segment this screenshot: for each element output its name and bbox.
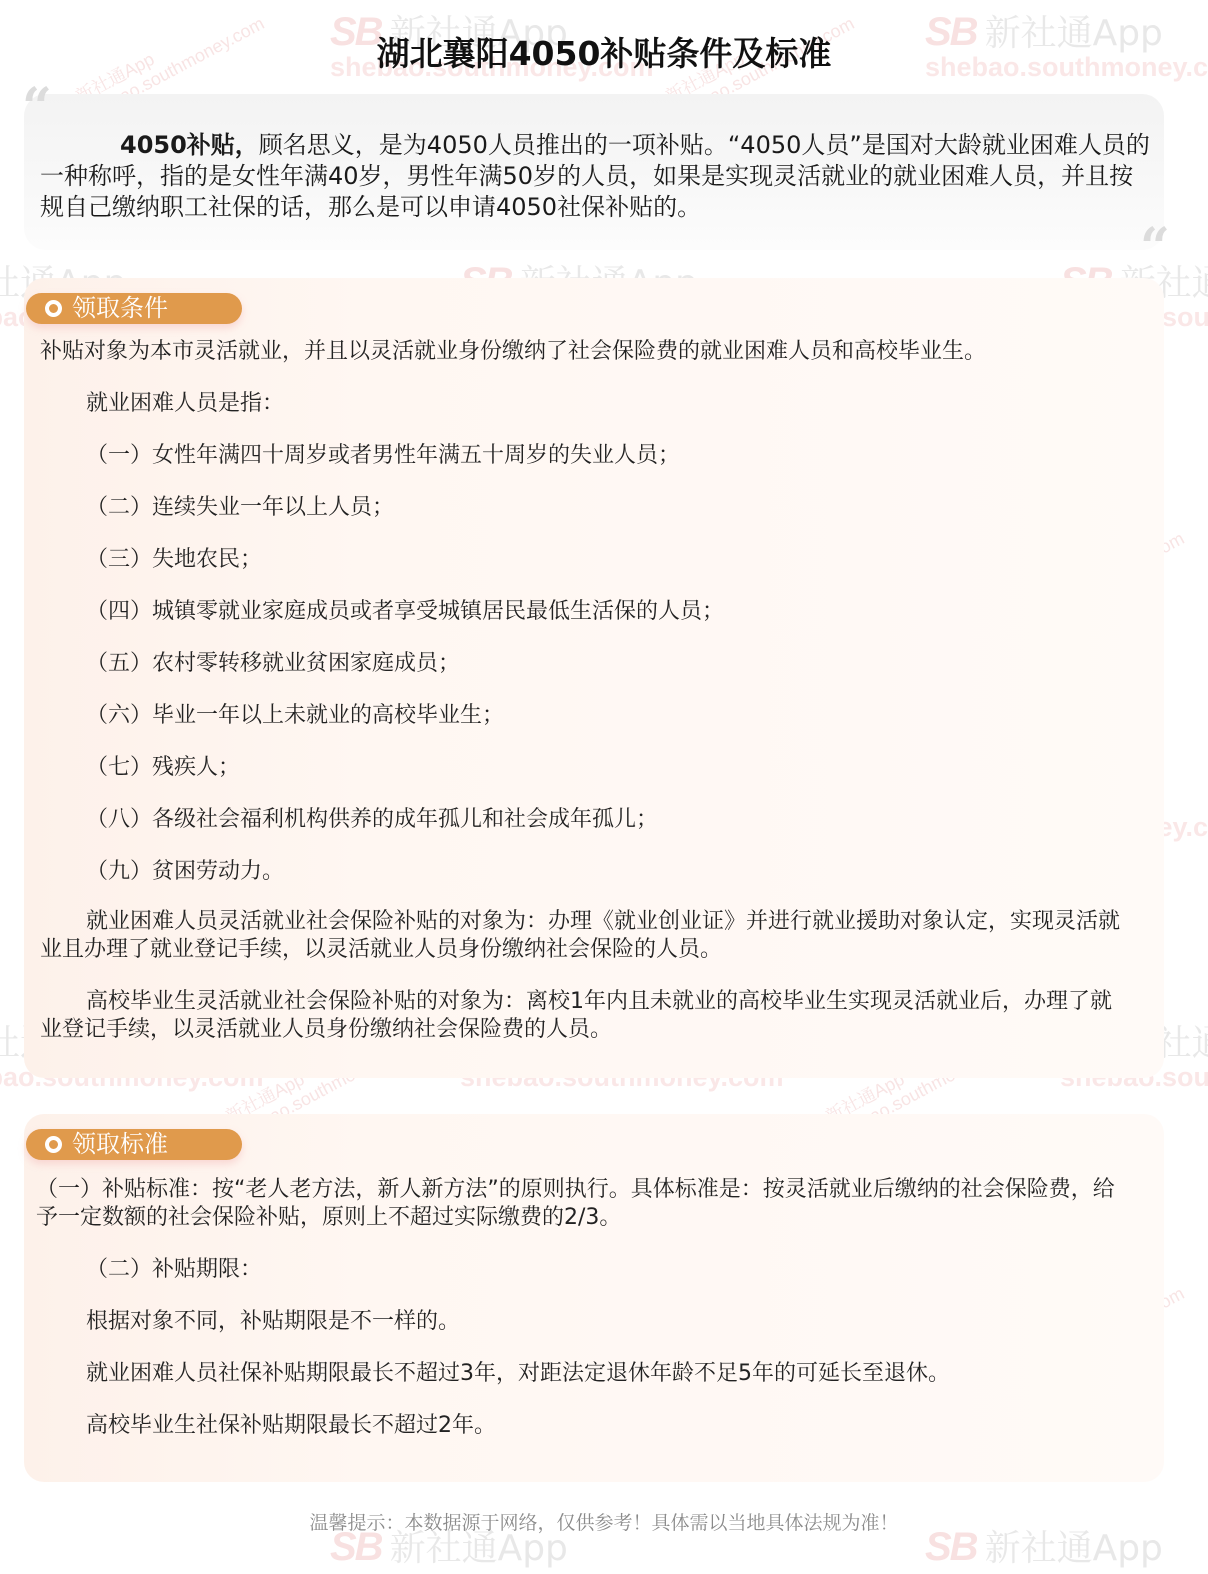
- quote-close-icon: “: [1140, 222, 1170, 274]
- list-item: （四）城镇零就业家庭成员或者享受城镇居民最低生活保的人员；: [86, 598, 724, 626]
- paragraph: 就业困难人员是指：: [86, 390, 284, 418]
- paragraph: 高校毕业生社保补贴期限最长不超过2年。: [86, 1412, 496, 1440]
- paragraph: 高校毕业生灵活就业社会保险补贴的对象为：离校1年内且未就业的高校毕业生实现灵活就…: [40, 988, 1130, 1044]
- list-item: （九）贫困劳动力。: [86, 858, 284, 886]
- section-label: 领取条件: [72, 294, 168, 322]
- section-label: 领取标准: [72, 1130, 168, 1158]
- section-header-conditions: 领取条件: [26, 293, 242, 324]
- ring-icon: [45, 1136, 62, 1153]
- paragraph: （二）补贴期限：: [86, 1256, 262, 1284]
- footer-disclaimer: 温馨提示：本数据源于网络，仅供参考！具体需以当地具体法规为准！: [0, 1508, 1208, 1535]
- paragraph: 根据对象不同，补贴期限是不一样的。: [86, 1308, 460, 1336]
- ring-icon: [45, 300, 62, 317]
- intro-paragraph: 4050补贴，顾名思义，是为4050人员推出的一项补贴。“4050人员”是国对大…: [40, 130, 1150, 223]
- list-item: （五）农村零转移就业贫困家庭成员；: [86, 650, 460, 678]
- paragraph: 就业困难人员灵活就业社会保险补贴的对象为：办理《就业创业证》并进行就业援助对象认…: [40, 908, 1130, 964]
- list-item: （三）失地农民；: [86, 546, 262, 574]
- list-item: （二）连续失业一年以上人员；: [86, 494, 394, 522]
- paragraph: 补贴对象为本市灵活就业，并且以灵活就业身份缴纳了社会保险费的就业困难人员和高校毕…: [40, 338, 986, 366]
- quote-open-icon: “: [22, 82, 52, 134]
- intro-bold-lead: 4050补贴，: [120, 131, 259, 159]
- paragraph: 就业困难人员社保补贴期限最长不超过3年，对距法定退休年龄不足5年的可延长至退休。: [86, 1360, 950, 1388]
- list-item: （一）女性年满四十周岁或者男性年满五十周岁的失业人员；: [86, 442, 680, 470]
- section-header-standards: 领取标准: [26, 1129, 242, 1160]
- list-item: （六）毕业一年以上未就业的高校毕业生；: [86, 702, 504, 730]
- paragraph: （一）补贴标准：按“老人老方法，新人新方法”的原则执行。具体标准是：按灵活就业后…: [36, 1176, 1130, 1232]
- list-item: （八）各级社会福利机构供养的成年孤儿和社会成年孤儿；: [86, 806, 658, 834]
- list-item: （七）残疾人；: [86, 754, 240, 782]
- page-title: 湖北襄阳4050补贴条件及标准: [0, 28, 1208, 75]
